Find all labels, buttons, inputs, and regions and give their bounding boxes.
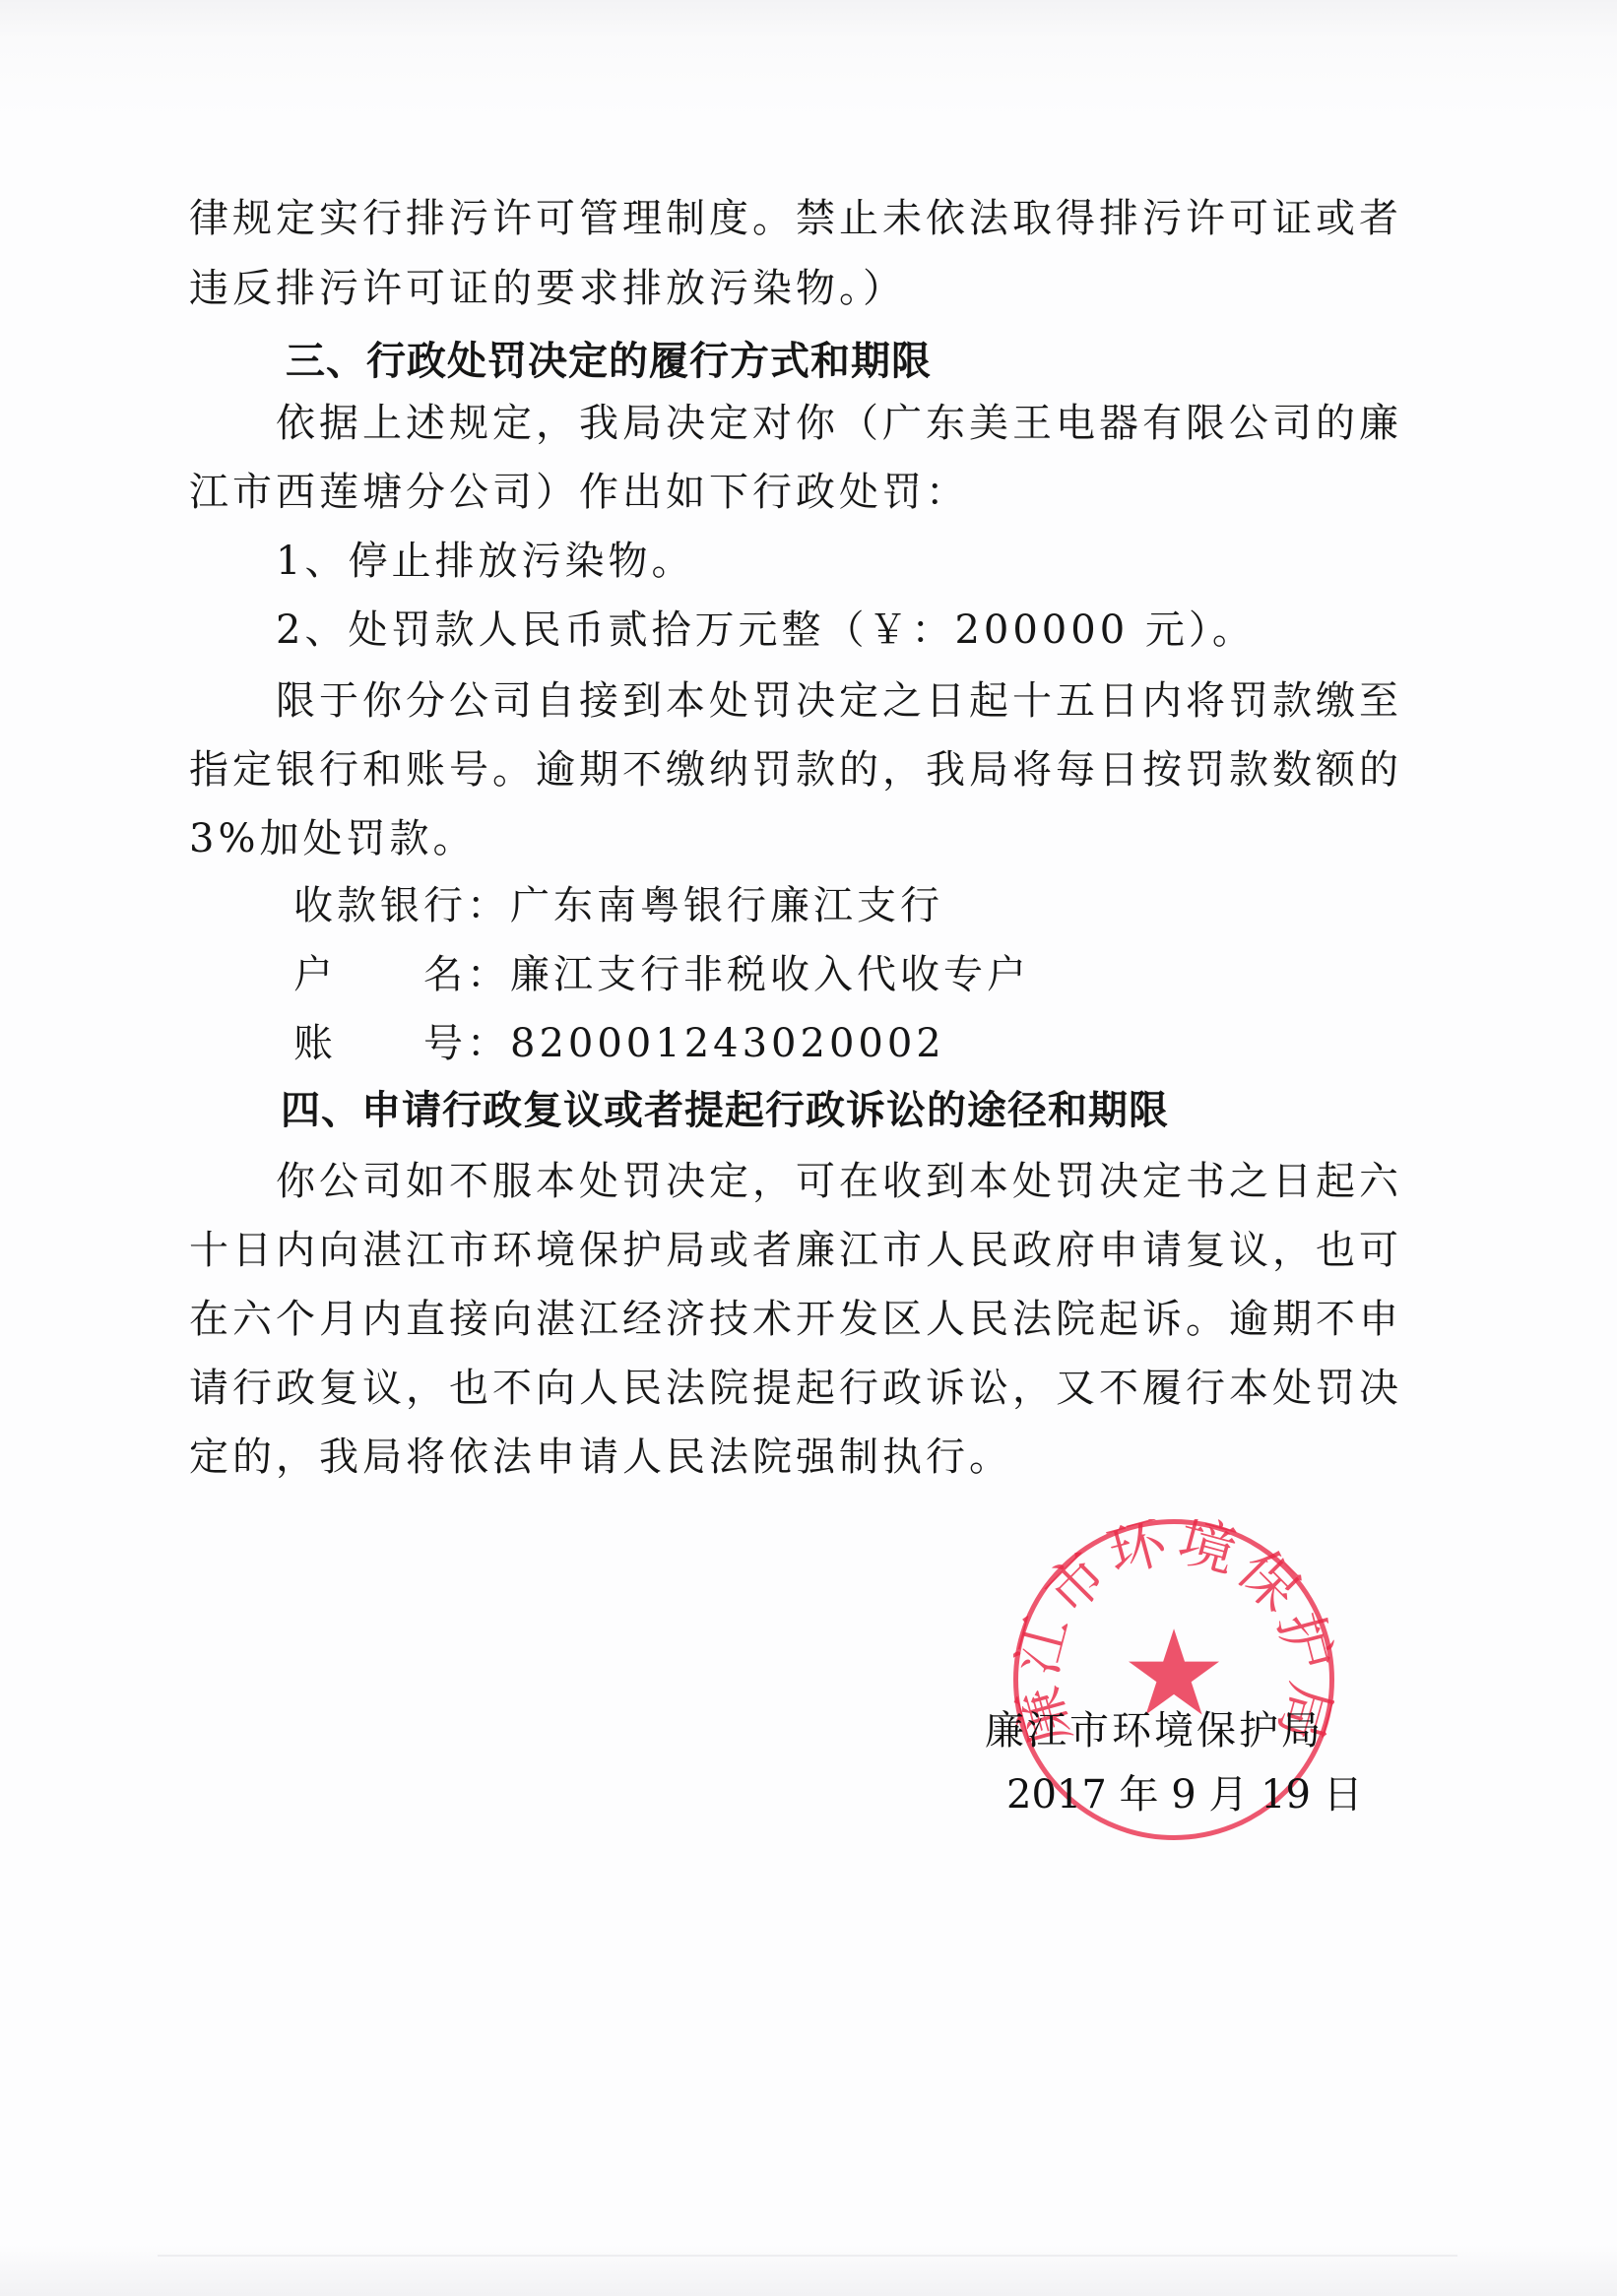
bank-label: 收款银行： [293, 883, 510, 928]
body-line: 在六个月内直接向湛江经济技术开发区人民法院起诉。逾期不申 [189, 1290, 1400, 1349]
body-line: 指定银行和账号。逾期不缴纳罚款的，我局将每日按罚款数额的 [189, 740, 1400, 799]
account-name-label: 户 [293, 945, 423, 1004]
body-line: 你公司如不服本处罚决定，可在收到本处罚决定书之日起六 [276, 1152, 1487, 1211]
account-name-value: 廉江支行非税收入代收专户 [510, 952, 1030, 997]
document-page: 律规定实行排污许可管理制度。禁止未依法取得排污许可证或者 违反排污许可证的要求排… [0, 0, 1617, 2296]
account-number-row: 账号：820001243020002 [293, 1014, 1505, 1073]
penalty-item-2: 2、处罚款人民币贰拾万元整（￥：200000 元）。 [276, 601, 1487, 660]
account-number-value: 820001243020002 [510, 1021, 945, 1066]
issue-date: 2017 年 9 月 19 日 [1006, 1767, 1363, 1822]
body-line: 定的，我局将依法申请人民法院强制执行。 [189, 1428, 1400, 1487]
issuer-signature: 廉江市环境保护局 [985, 1703, 1324, 1758]
account-name-row: 户名：廉江支行非税收入代收专户 [293, 945, 1505, 1004]
body-line: 限于你分公司自接到本处罚决定之日起十五日内将罚款缴至 [276, 671, 1487, 731]
account-name-label: 名： [423, 945, 510, 1004]
body-line: 依据上述规定，我局决定对你（广东美王电器有限公司的廉 [276, 394, 1487, 453]
section-4-heading: 四、申请行政复议或者提起行政诉讼的途径和期限 [281, 1081, 1492, 1140]
bank-name-row: 收款银行：广东南粤银行廉江支行 [293, 876, 1505, 935]
scan-artifact [158, 2255, 1457, 2257]
body-line: 3%加处罚款。 [189, 809, 1400, 868]
body-line: 律规定实行排污许可管理制度。禁止未依法取得排污许可证或者 [189, 189, 1400, 248]
body-line: 违反排污许可证的要求排放污染物。） [189, 259, 1400, 318]
body-line: 十日内向湛江市环境保护局或者廉江市人民政府申请复议，也可 [189, 1221, 1400, 1280]
body-line: 江市西莲塘分公司）作出如下行政处罚： [189, 463, 1400, 522]
account-number-label: 号： [423, 1014, 510, 1073]
penalty-item-1: 1、停止排放污染物。 [276, 532, 1487, 591]
section-3-heading: 三、行政处罚决定的履行方式和期限 [286, 332, 1497, 391]
body-line: 请行政复议，也不向人民法院提起行政诉讼，又不履行本处罚决 [189, 1359, 1400, 1418]
account-number-label: 账 [293, 1014, 423, 1073]
bank-value: 广东南粤银行廉江支行 [510, 883, 943, 928]
